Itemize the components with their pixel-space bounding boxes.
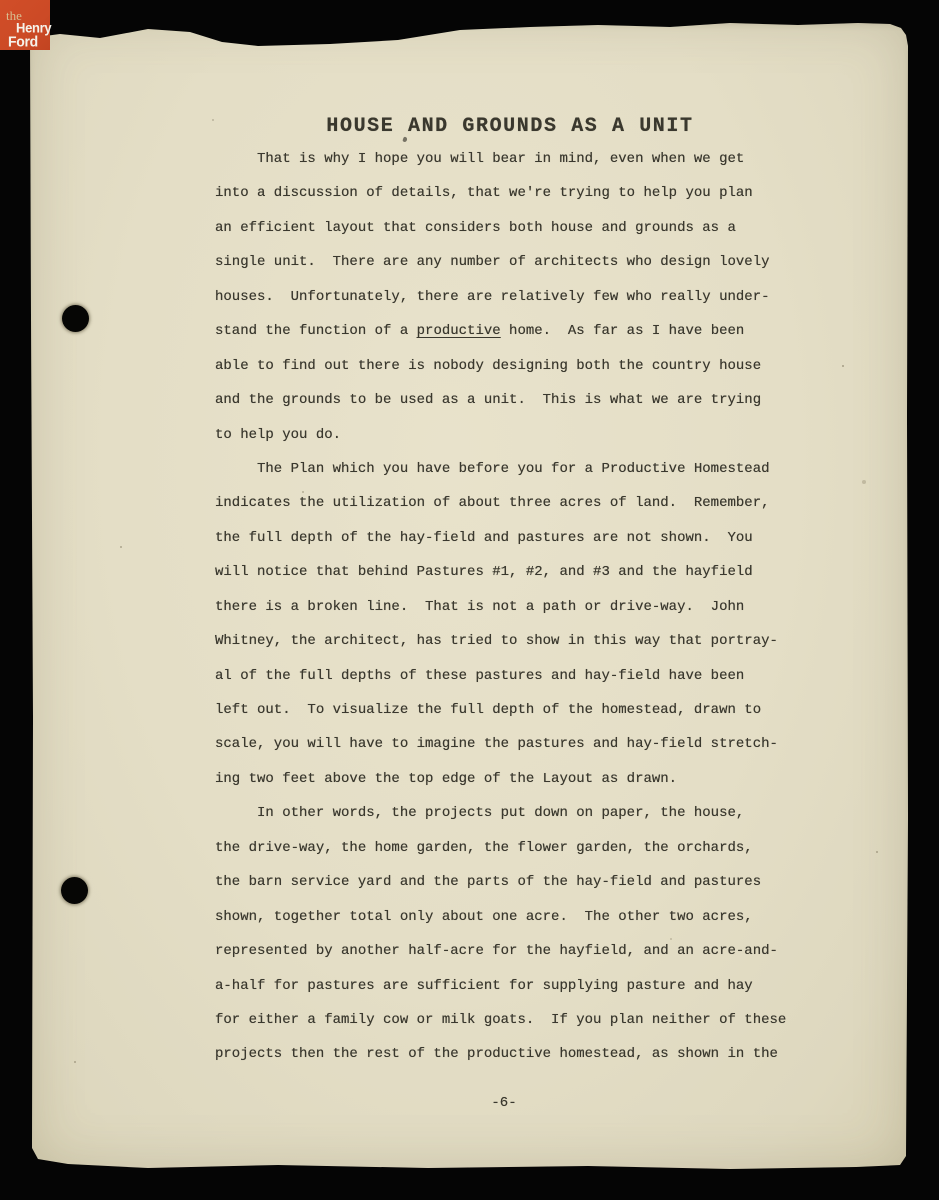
text-line: able to find out there is nobody designi… <box>215 357 855 391</box>
henry-ford-logo: the Henry Ford <box>0 0 50 50</box>
hole-punch-bottom <box>61 877 88 904</box>
text-line: a-half for pastures are sufficient for s… <box>215 977 855 1011</box>
scanned-page: HOUSE AND GROUNDS AS A UNIT That is why … <box>30 18 908 1170</box>
text-line: the full depth of the hay-field and past… <box>215 529 855 563</box>
text-line: the drive-way, the home garden, the flow… <box>215 839 855 873</box>
text-line: Whitney, the architect, has tried to sho… <box>215 632 855 666</box>
typewritten-text: That is why I hope you will bear in mind… <box>215 150 855 1080</box>
text-line: scale, you will have to imagine the past… <box>215 735 855 769</box>
hole-punch-top <box>62 305 89 332</box>
underlined-word: productive <box>417 323 501 339</box>
text-line: The Plan which you have before you for a… <box>215 460 855 494</box>
text-line: That is why I hope you will bear in mind… <box>215 150 855 184</box>
document-title: HOUSE AND GROUNDS AS A UNIT <box>215 115 805 138</box>
text-line: represented by another half-acre for the… <box>215 942 855 976</box>
text-line: al of the full depths of these pastures … <box>215 667 855 701</box>
text-line: projects then the rest of the productive… <box>215 1045 855 1079</box>
page-number: -6- <box>215 1095 793 1111</box>
text-line: will notice that behind Pastures #1, #2,… <box>215 563 855 597</box>
text-line: to help you do. <box>215 426 855 460</box>
text-line: single unit. There are any number of arc… <box>215 253 855 287</box>
text-line: left out. To visualize the full depth of… <box>215 701 855 735</box>
text-line: and the grounds to be used as a unit. Th… <box>215 391 855 425</box>
text-line: for either a family cow or milk goats. I… <box>215 1011 855 1045</box>
text-line: there is a broken line. That is not a pa… <box>215 598 855 632</box>
text-line: an efficient layout that considers both … <box>215 219 855 253</box>
text-line: ing two feet above the top edge of the L… <box>215 770 855 804</box>
stray-type-mark <box>402 137 407 143</box>
text-line: the barn service yard and the parts of t… <box>215 873 855 907</box>
text-line: shown, together total only about one acr… <box>215 908 855 942</box>
text-line: indicates the utilization of about three… <box>215 494 855 528</box>
text-line: houses. Unfortunately, there are relativ… <box>215 288 855 322</box>
photographed-archive-background: { "colors": { "bg": "#050505", "paper": … <box>0 0 939 1200</box>
text-line: stand the function of a productive home.… <box>215 322 855 356</box>
logo-word-ford: Ford <box>8 33 38 50</box>
text-line: In other words, the projects put down on… <box>215 804 855 838</box>
text-line: into a discussion of details, that we're… <box>215 184 855 218</box>
